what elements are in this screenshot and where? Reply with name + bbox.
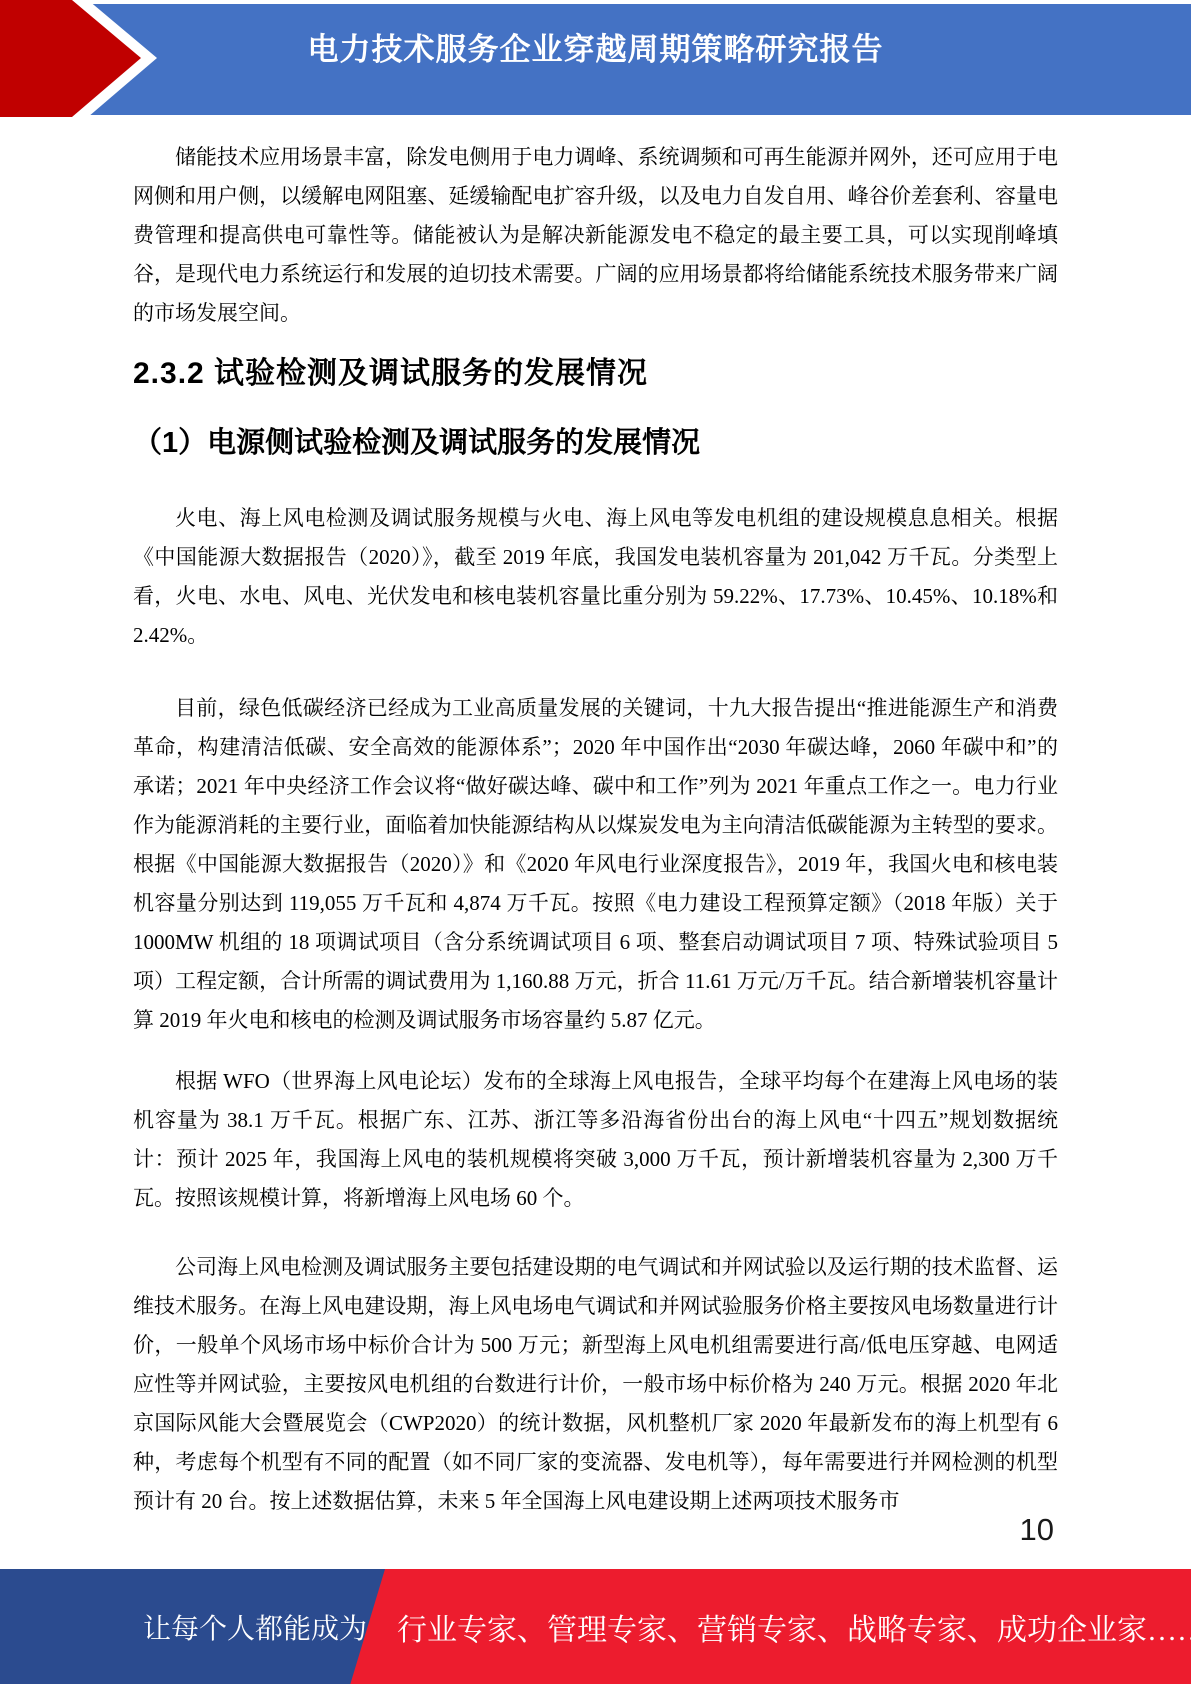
paragraph-offshore-wind-forecast: 根据 WFO（世界海上风电论坛）发布的全球海上风电报告，全球平均每个在建海上风电… — [133, 1062, 1058, 1218]
paragraph-storage-overview: 储能技术应用场景丰富，除发电侧用于电力调峰、系统调频和可再生能源并网外，还可应用… — [133, 138, 1058, 333]
report-page: 电力技术服务企业穿越周期策略研究报告 储能技术应用场景丰富，除发电侧用于电力调峰… — [0, 0, 1191, 1684]
paragraph-company-services: 公司海上风电检测及调试服务主要包括建设期的电气调试和并网试验以及运行期的技术监督… — [133, 1248, 1058, 1521]
paragraph-installed-capacity: 火电、海上风电检测及调试服务规模与火电、海上风电等发电机组的建设规模息息相关。根… — [133, 499, 1058, 655]
report-title: 电力技术服务企业穿越周期策略研究报告 — [0, 31, 1191, 69]
footer-slogan-right: 行业专家、管理专家、营销专家、战略专家、成功企业家…… — [397, 1569, 1151, 1684]
page-number: 10 — [1020, 1512, 1054, 1548]
page-header: 电力技术服务企业穿越周期策略研究报告 — [0, 0, 1191, 117]
subsection-heading-power-side: （1）电源侧试验检测及调试服务的发展情况 — [133, 423, 1058, 463]
footer-slogan-left: 让每个人都能成为 — [143, 1569, 353, 1684]
document-body: 储能技术应用场景丰富，除发电侧用于电力调峰、系统调频和可再生能源并网外，还可应用… — [133, 126, 1058, 1521]
page-footer: 让每个人都能成为 行业专家、管理专家、营销专家、战略专家、成功企业家…… — [0, 1569, 1191, 1684]
section-heading-2-3-2: 2.3.2 试验检测及调试服务的发展情况 — [133, 353, 1058, 395]
paragraph-low-carbon-economy: 目前，绿色低碳经济已经成为工业高质量发展的关键词，十九大报告提出“推进能源生产和… — [133, 689, 1058, 1040]
